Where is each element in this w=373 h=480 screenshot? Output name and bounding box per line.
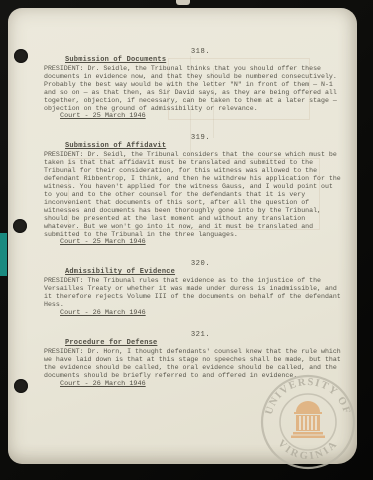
- entry-number: 321.: [44, 331, 343, 339]
- entry-heading: Admissibility of Evidence: [65, 268, 343, 277]
- entry-318: 318. Submission of Documents PRESIDENT: …: [44, 48, 343, 121]
- entry-body: PRESIDENT: Dr. Seidl, the Tribunal consi…: [44, 151, 343, 238]
- entry-body: PRESIDENT: The Tribunal rules that evide…: [44, 277, 343, 309]
- entry-heading: Submission of Affidavit: [65, 142, 343, 151]
- entry-number: 318.: [44, 48, 343, 56]
- entry-court-date: Court - 25 March 1946: [60, 238, 343, 247]
- punch-hole: [13, 219, 27, 233]
- punch-hole: [14, 49, 28, 63]
- punch-hole: [14, 379, 28, 393]
- entry-320: 320. Admissibility of Evidence PRESIDENT…: [44, 260, 343, 318]
- entry-court-date: Court - 26 March 1946: [60, 309, 343, 318]
- entry-319: 319. Submission of Affidavit PRESIDENT: …: [44, 134, 343, 247]
- entry-number: 319.: [44, 134, 343, 142]
- teal-edge-mark: [0, 233, 7, 276]
- entry-heading: Procedure for Defense: [65, 339, 343, 348]
- entry-number: 320.: [44, 260, 343, 268]
- entry-body: PRESIDENT: Dr. Seidle, the Tribunal thin…: [44, 65, 343, 112]
- entry-court-date: Court - 25 March 1946: [60, 112, 343, 121]
- document-page: 318. Submission of Documents PRESIDENT: …: [8, 8, 357, 464]
- university-of-virginia-embossed-seal: UNIVERSITY OF VIRGINIA: [258, 372, 358, 472]
- rotunda-icon: [291, 401, 325, 438]
- entry-heading: Submission of Documents: [65, 56, 343, 65]
- scan-artifact: [176, 0, 190, 5]
